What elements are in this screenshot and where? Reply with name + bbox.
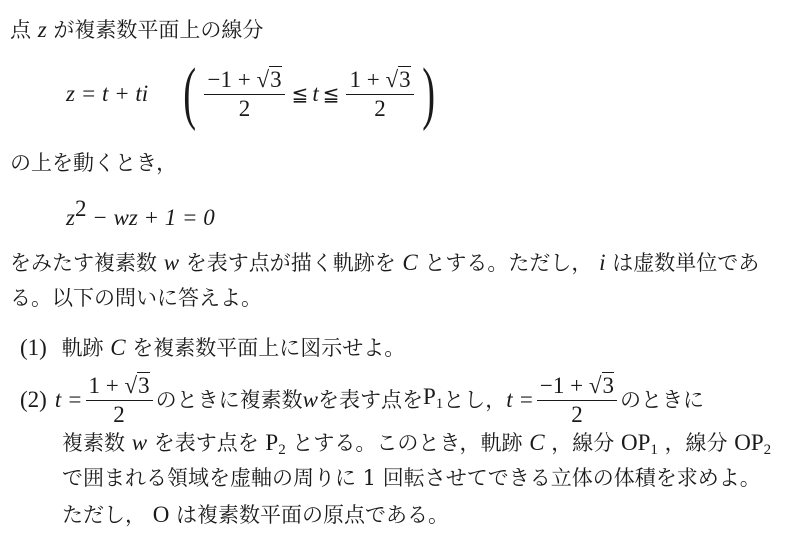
quad-z: z bbox=[66, 205, 75, 230]
p2-letter: P bbox=[265, 430, 278, 455]
question-2-line-1: (2) t = 1 + √3 2 のときに複素数 w を表す点を P1 とし， … bbox=[20, 370, 704, 430]
op2-letters: OP bbox=[734, 430, 763, 455]
q1-text-b: を複素数平面上に図示せよ。 bbox=[132, 336, 405, 360]
q2-l1-text-b: を表す点を bbox=[318, 387, 423, 413]
intro-text-b: が複素数平面上の線分 bbox=[53, 18, 263, 42]
q2-l2-text-a: 複素数 bbox=[62, 431, 125, 455]
q2-l1-text-d: のときに bbox=[620, 387, 704, 413]
q2-l1-text-c: とし， bbox=[443, 387, 506, 413]
q1-var-c: C bbox=[110, 335, 125, 360]
var-z: z bbox=[38, 17, 47, 42]
intro-line: 点 z が複素数平面上の線分 bbox=[10, 17, 263, 43]
q2-l1-var-w: w bbox=[303, 387, 318, 413]
q2-frac1-root: 3 bbox=[137, 372, 150, 398]
q2-t-eq-2: t = bbox=[506, 387, 534, 413]
point-p2: P2 bbox=[265, 430, 285, 455]
p1-letter: P bbox=[423, 384, 436, 409]
open-paren: ( bbox=[183, 64, 196, 124]
segment-lhs: z = t + ti bbox=[66, 64, 148, 124]
cond-text-c: とする。ただし， bbox=[424, 251, 592, 275]
q1-text-a: 軌跡 bbox=[62, 336, 104, 360]
q2-l2-text-d: ，線分 bbox=[551, 431, 614, 455]
q2-fraction-2: −1 + √3 2 bbox=[537, 373, 617, 428]
cond-text-b: を表す点が描く軌跡を bbox=[186, 251, 396, 275]
upper-bound-fraction: 1 + √3 2 bbox=[346, 67, 413, 122]
p1-subscript: 1 bbox=[436, 396, 444, 412]
quad-exp: 2 bbox=[75, 196, 87, 221]
q2-frac1-numerator: 1 + √3 bbox=[86, 373, 153, 401]
lower-bound-denominator: 2 bbox=[239, 95, 251, 122]
lower-num-text: −1 + bbox=[207, 67, 256, 92]
upper-root: 3 bbox=[398, 66, 411, 92]
var-i: i bbox=[599, 250, 605, 275]
point-p1: P1 bbox=[423, 384, 443, 417]
quadratic-equation: z2 − wz + 1 = 0 bbox=[66, 196, 215, 231]
q2-l4-text-b: は複素数平面の原点である。 bbox=[176, 503, 449, 527]
intro-text-a: 点 bbox=[10, 18, 31, 42]
question-2-line-3: で囲まれる領域を虚軸の周りに 1 回転させてできる立体の体積を求めよ。 bbox=[62, 465, 761, 491]
close-paren: ) bbox=[422, 64, 435, 124]
var-t: t bbox=[312, 64, 318, 124]
upper-num-text: 1 + bbox=[349, 67, 385, 92]
question-2-line-2: 複素数 w を表す点を P2 とする。このとき，軌跡 C ，線分 OP1 ，線分… bbox=[62, 430, 771, 463]
var-c: C bbox=[402, 250, 417, 275]
upper-bound-denominator: 2 bbox=[374, 95, 386, 122]
q2-frac2-num-text: −1 + bbox=[540, 373, 589, 398]
lower-root: 3 bbox=[269, 66, 282, 92]
q2-fraction-1: 1 + √3 2 bbox=[86, 373, 153, 428]
q2-l2-text-b: を表す点を bbox=[154, 431, 259, 455]
q2-frac1-denominator: 2 bbox=[113, 401, 125, 428]
q2-frac2-root: 3 bbox=[602, 372, 615, 398]
q2-frac1-num-text: 1 + bbox=[89, 373, 125, 398]
segment-op1: OP1 bbox=[621, 430, 658, 455]
cond-text-a: をみたす複素数 bbox=[10, 251, 157, 275]
segment-op2: OP2 bbox=[734, 430, 771, 455]
segment-equation: z = t + ti ( −1 + √3 2 ≦ t ≦ 1 + √3 2 ) bbox=[66, 62, 440, 126]
q2-l4-text-a: ただし， bbox=[62, 503, 146, 527]
question-1-number: (1) bbox=[20, 335, 47, 360]
q2-frac2-denominator: 2 bbox=[571, 401, 583, 428]
lower-bound-numerator: −1 + √3 bbox=[204, 67, 284, 95]
question-2-line-4: ただし， O は複素数平面の原点である。 bbox=[62, 502, 449, 528]
q2-frac2-numerator: −1 + √3 bbox=[537, 373, 617, 401]
q2-l2-text-e: ，線分 bbox=[665, 431, 728, 455]
q2-l1-text-a: のときに複素数 bbox=[156, 387, 303, 413]
op1-subscript: 1 bbox=[650, 442, 658, 458]
leq-symbol-2: ≦ bbox=[323, 64, 340, 124]
quad-rest: − wz + 1 = 0 bbox=[86, 205, 214, 230]
condition-line-2: る。以下の問いに答えよ。 bbox=[10, 285, 262, 311]
var-w: w bbox=[164, 250, 179, 275]
question-1: (1) 軌跡 C を複素数平面上に図示せよ。 bbox=[20, 335, 405, 361]
upper-bound-numerator: 1 + √3 bbox=[346, 67, 413, 95]
leq-symbol-1: ≦ bbox=[292, 64, 309, 124]
condition-line-1: をみたす複素数 w を表す点が描く軌跡を C とする。ただし， i は虚数単位で… bbox=[10, 250, 759, 276]
p2-subscript: 2 bbox=[278, 442, 286, 458]
q2-t-eq-1: t = bbox=[55, 387, 83, 413]
q2-l2-text-c: とする。このとき，軌跡 bbox=[292, 431, 522, 455]
moving-text: の上を動くとき， bbox=[10, 150, 177, 176]
q2-l2-var-c: C bbox=[529, 430, 544, 455]
cond-text-d: は虚数単位であ bbox=[612, 251, 759, 275]
lower-bound-fraction: −1 + √3 2 bbox=[204, 67, 284, 122]
question-2-number: (2) bbox=[20, 387, 47, 413]
origin-o: O bbox=[153, 502, 170, 527]
op2-subscript: 2 bbox=[764, 442, 772, 458]
q2-l2-var-w: w bbox=[132, 430, 147, 455]
op1-letters: OP bbox=[621, 430, 650, 455]
